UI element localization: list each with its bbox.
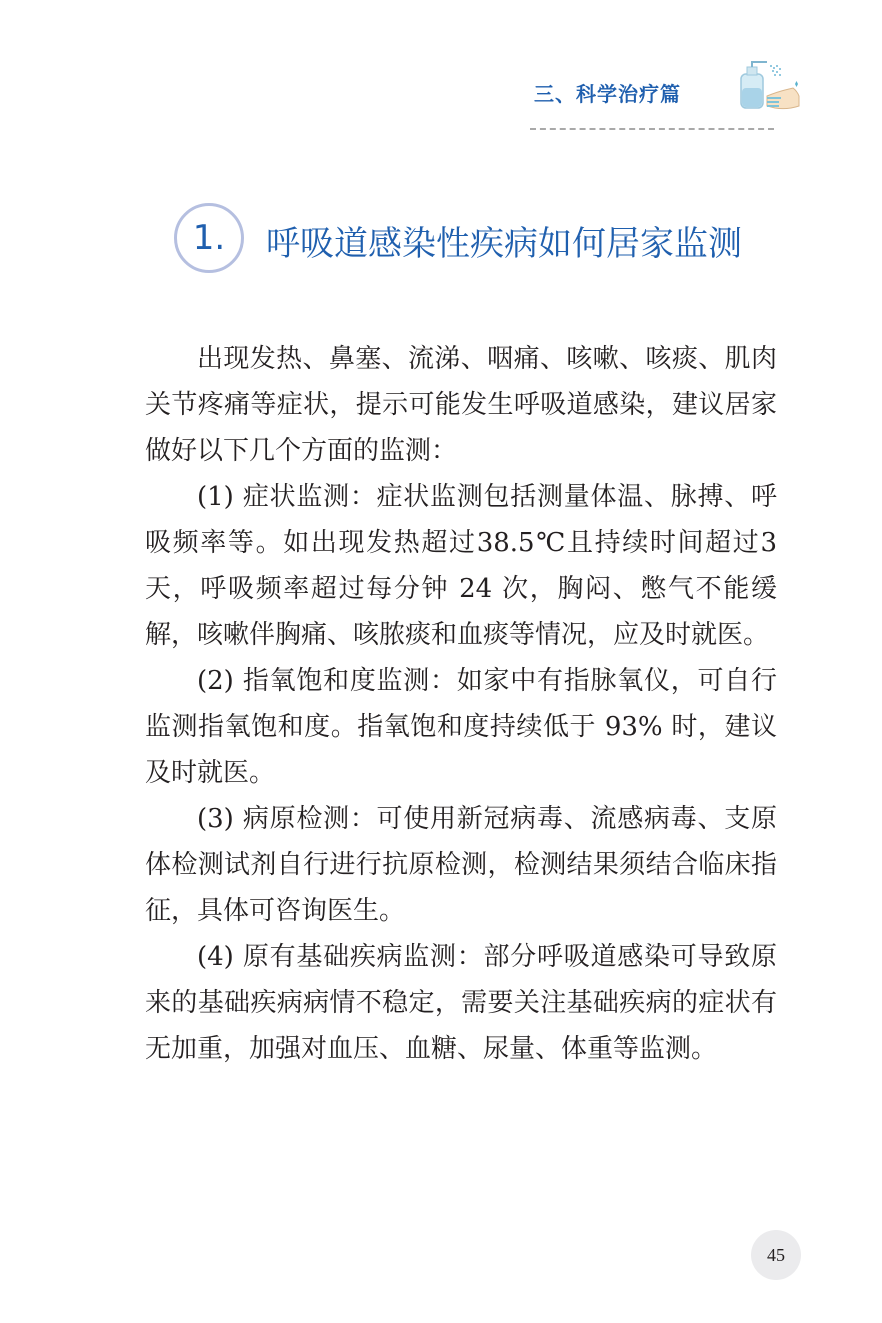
page-number: 45 (751, 1230, 801, 1280)
article-body: 出现发热、鼻塞、流涕、咽痛、咳嗽、咳痰、肌肉关节疼痛等症状，提示可能发生呼吸道感… (145, 336, 777, 1072)
paragraph-pathogen-testing: (3) 病原检测：可使用新冠病毒、流感病毒、支原体检测试剂自行进行抗原检测，检测… (145, 796, 777, 934)
paragraph-underlying-disease: (4) 原有基础疾病监测：部分呼吸道感染可导致原来的基础疾病病情不稳定，需要关注… (145, 934, 777, 1072)
section-title: 三、科学治疗篇 (534, 78, 681, 107)
paragraph-symptom-monitoring: (1) 症状监测：症状监测包括测量体温、脉搏、呼吸频率等。如出现发热超过38.5… (145, 474, 777, 658)
section-number-badge: 1. (174, 203, 244, 273)
page-title: 呼吸道感染性疾病如何居家监测 (266, 216, 742, 265)
paragraph-intro: 出现发热、鼻塞、流涕、咽痛、咳嗽、咳痰、肌肉关节疼痛等症状，提示可能发生呼吸道感… (145, 336, 777, 474)
header-divider (530, 128, 774, 130)
hand-sanitizer-icon (737, 58, 803, 112)
paragraph-oxygen-monitoring: (2) 指氧饱和度监测：如家中有指脉氧仪，可自行监测指氧饱和度。指氧饱和度持续低… (145, 658, 777, 796)
